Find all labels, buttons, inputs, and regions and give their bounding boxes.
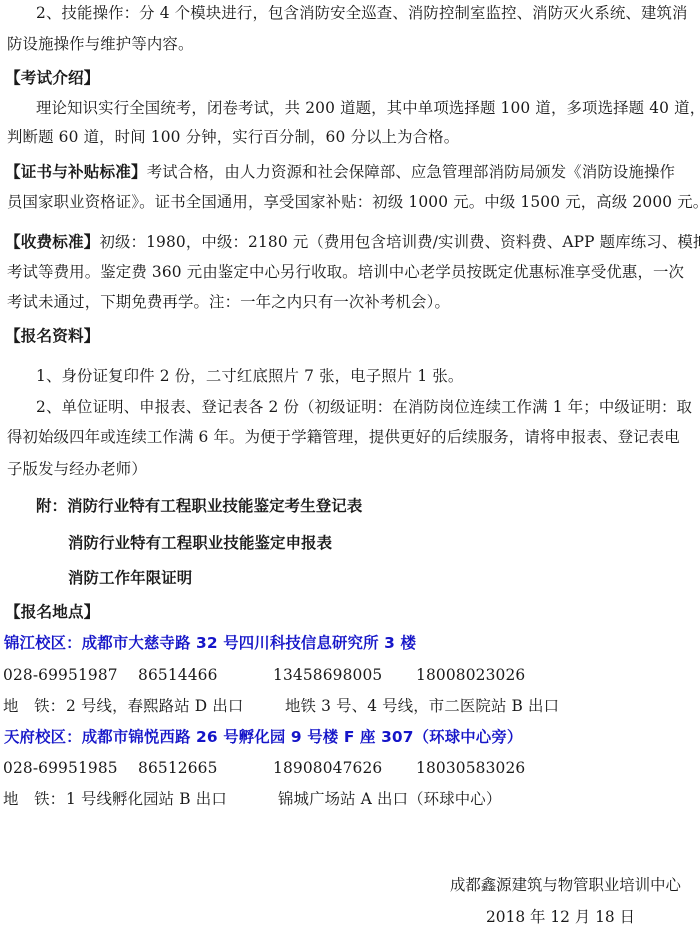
certificate-text: 考试合格，由人力资源和社会保障部、应急管理部消防局颁发《消防设施操作 — [147, 163, 675, 181]
phone-number: 13458698005 — [273, 665, 382, 685]
certificate-heading: 【证书与补贴标准】 — [5, 163, 147, 181]
metro-label: 地 铁： — [3, 696, 65, 716]
attachments-label: 附： — [36, 497, 67, 515]
exam-intro-line-1: 理论知识实行全国统考，闭卷考试，共 200 道题，其中单项选择题 100 道，多… — [36, 98, 692, 118]
signature-date: 2018 年 12 月 18 日 — [486, 907, 635, 927]
fees-heading: 【收费标准】 — [5, 233, 99, 251]
metro-label: 地 铁： — [3, 789, 65, 809]
metro-route: 1 号线孵化园站 B 出口 — [66, 789, 227, 809]
materials-item-2-line-3: 子版发与经办老师） — [7, 459, 692, 479]
phone-number: 18908047626 — [273, 758, 382, 778]
fees-text: 初级：1980，中级：2180 元（费用包含培训费/实训费、资料费、APP 题库… — [99, 233, 700, 251]
materials-heading: 【报名资料】 — [5, 326, 692, 346]
campus-title-tianfu: 天府校区：成都市锦悦西路 26 号孵化园 9 号楼 F 座 307（环球中心旁） — [4, 727, 692, 747]
exam-intro-heading: 【考试介绍】 — [5, 68, 692, 88]
skills-line-1: 2、技能操作：分 4 个模块进行，包含消防安全巡查、消防控制室监控、消防灭火系统… — [36, 3, 694, 23]
phone-number: 86514466 — [138, 665, 218, 685]
skills-line-2: 防设施操作与维护等内容。 — [7, 34, 692, 54]
campus-title-jinjiang: 锦江校区：成都市大慈寺路 32 号四川科技信息研究所 3 楼 — [4, 633, 692, 653]
metro-route: 地铁 3 号、4 号线，市二医院站 B 出口 — [285, 696, 559, 716]
attachment-row-1: 附：消防行业特有工程职业技能鉴定考生登记表 — [36, 496, 692, 516]
phone-number: 18030583026 — [416, 758, 525, 778]
certificate-line-2: 员国家职业资格证》。证书全国通用，享受国家补贴：初级 1000 元。中级 150… — [7, 192, 692, 212]
metro-route: 锦城广场站 A 出口（环球中心） — [278, 789, 501, 809]
metro-route: 2 号线，春熙路站 D 出口 — [66, 696, 243, 716]
materials-item-2-line-2: 得初始级四年或连续工作满 6 年。为便于学籍管理，提供更好的后续服务，请将申报表… — [7, 427, 692, 447]
phone-number: 18008023026 — [416, 665, 525, 685]
attachment-item: 消防工作年限证明 — [68, 568, 692, 588]
materials-item-1: 1、身份证复印件 2 份，二寸红底照片 7 张，电子照片 1 张。 — [36, 366, 692, 386]
locations-heading: 【报名地点】 — [5, 602, 692, 622]
phone-number: 028-69951985 — [3, 758, 118, 778]
phone-number: 028-69951987 — [3, 665, 118, 685]
signature-organization: 成都鑫源建筑与物管职业培训中心 — [450, 875, 681, 895]
phone-number: 86512665 — [138, 758, 218, 778]
exam-intro-line-2: 判断题 60 道，时间 100 分钟，实行百分制，60 分以上为合格。 — [7, 127, 692, 147]
attachment-item: 消防行业特有工程职业技能鉴定申报表 — [68, 533, 692, 553]
materials-item-2-line-1: 2、单位证明、申报表、登记表各 2 份（初级证明：在消防岗位连续工作满 1 年；… — [36, 397, 692, 417]
fees-line-2: 考试等费用。鉴定费 360 元由鉴定中心另行收取。培训中心老学员按既定优惠标准享… — [7, 262, 692, 282]
fees-line-1: 【收费标准】初级：1980，中级：2180 元（费用包含培训费/实训费、资料费、… — [5, 232, 692, 252]
certificate-line-1: 【证书与补贴标准】考试合格，由人力资源和社会保障部、应急管理部消防局颁发《消防设… — [5, 162, 692, 182]
attachment-item: 消防行业特有工程职业技能鉴定考生登记表 — [67, 497, 362, 515]
fees-line-3: 考试未通过，下期免费再学。注：一年之内只有一次补考机会）。 — [7, 292, 692, 312]
